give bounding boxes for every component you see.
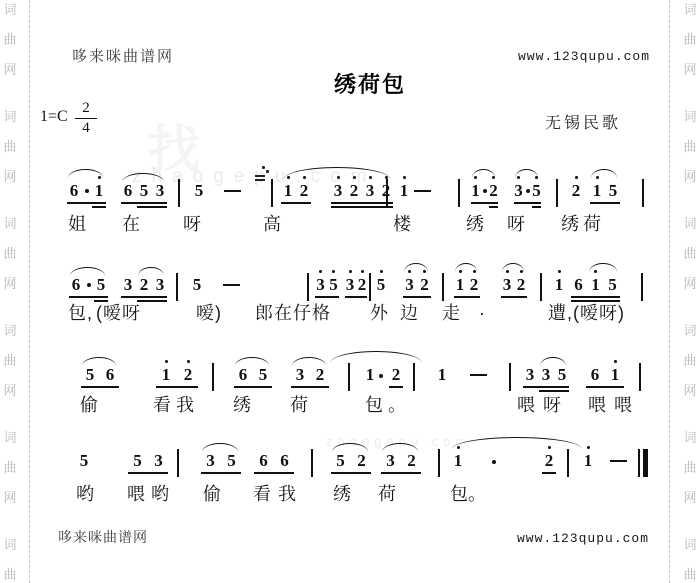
note-digit: 1 <box>155 366 177 384</box>
duration-underline <box>331 202 393 204</box>
duration-underline <box>156 386 198 388</box>
note-digit: 6 <box>233 366 253 384</box>
barline <box>369 273 371 301</box>
duration-underline <box>403 296 431 298</box>
slur-arc <box>235 357 269 366</box>
note-digit: 1 <box>453 276 467 294</box>
octave-dot <box>361 270 364 273</box>
lyric: 荷 <box>290 395 309 415</box>
border-char: 网 <box>682 277 698 290</box>
border-char: 词 <box>2 538 18 551</box>
duration-underline <box>471 202 498 204</box>
dash-extension-note <box>223 284 240 286</box>
barline <box>639 363 641 391</box>
barline <box>438 449 440 477</box>
octave-dot <box>403 176 406 179</box>
lyric: 。 <box>388 395 407 415</box>
note-digit: 5 <box>136 182 152 200</box>
note-digit: 2 <box>568 182 584 200</box>
border-char: 网 <box>2 491 18 504</box>
octave-dot <box>349 270 352 273</box>
border-char: 网 <box>2 384 18 397</box>
lyric: 楼 <box>393 214 412 234</box>
lyric: 喂 <box>517 395 536 415</box>
note-digit: 2 <box>388 366 404 384</box>
note-digit: 5 <box>554 366 570 384</box>
duration-underline <box>67 202 106 204</box>
dot-after-note <box>483 189 487 193</box>
note-digit: 2 <box>310 366 330 384</box>
slur-arc <box>82 357 116 366</box>
lyric: 呀 <box>507 214 526 234</box>
lyric: 看 <box>153 395 172 415</box>
border-char: 网 <box>682 170 698 183</box>
note-digit: 5 <box>327 276 340 294</box>
note-digit: 1 <box>91 182 107 200</box>
dash-extension-note <box>610 460 627 462</box>
lyric: 包 <box>365 395 384 415</box>
border-char: 曲 <box>2 354 18 367</box>
lyric: 绣 <box>466 214 485 234</box>
border-char: 曲 <box>2 140 18 153</box>
duration-underline <box>571 296 620 298</box>
duration-underline <box>291 386 329 388</box>
note-digit: 5 <box>531 182 542 200</box>
note-digit: 5 <box>93 276 109 294</box>
border-char: 词 <box>682 431 698 444</box>
score-area: 61653512323211235215姐在呀高楼绣呀绣荷65323535325… <box>0 0 700 583</box>
note-digit: 2 <box>467 276 481 294</box>
dot-after-note <box>526 189 530 193</box>
lyric: · <box>479 303 486 323</box>
barline <box>176 273 178 301</box>
footer-site-url: www.123qupu.com <box>517 531 649 546</box>
note-digit: 1 <box>434 366 450 384</box>
octave-dot <box>332 270 335 273</box>
octave-dot <box>165 360 168 363</box>
lyric: 郎在 <box>255 303 293 323</box>
barline <box>271 179 273 207</box>
lyric: (嗳呀 <box>96 303 141 323</box>
octave-dot <box>614 360 617 363</box>
duration-underline <box>331 472 371 474</box>
barline <box>212 363 214 391</box>
duration-underline <box>542 472 556 474</box>
duration-underline <box>121 296 167 298</box>
score-line-1: 61653512323211235215姐在呀高楼绣呀绣荷 <box>0 182 700 246</box>
border-char: 网 <box>2 170 18 183</box>
slur-arc <box>472 169 495 178</box>
border-char: 词 <box>2 431 18 444</box>
barline <box>642 179 644 207</box>
duration-underline <box>121 202 167 204</box>
duration-underline <box>254 472 294 474</box>
lyric: 遭,(嗳呀) <box>548 303 625 323</box>
barline <box>177 449 179 477</box>
note-digit: 6 <box>570 276 587 294</box>
slur-arc-long <box>284 167 390 179</box>
grace-notes <box>253 165 271 183</box>
note-digit: 1 <box>605 366 625 384</box>
slur-arc <box>68 169 103 178</box>
octave-dot <box>587 446 590 449</box>
duration-underline <box>539 390 569 392</box>
duration-underline <box>94 300 108 302</box>
octave-dot <box>558 270 561 273</box>
lyric: 边 <box>400 303 419 323</box>
note-digit: 2 <box>351 452 372 470</box>
note-digit: 5 <box>191 182 207 200</box>
note-digit: 2 <box>401 452 422 470</box>
footer-site-name: 哆来咪曲谱网 <box>58 527 148 547</box>
note-digit: 3 <box>513 182 524 200</box>
note-digit: 3 <box>314 276 327 294</box>
duration-underline <box>69 296 108 298</box>
note-digit: 3 <box>500 276 514 294</box>
lyric: 外 <box>370 303 389 323</box>
note-digit: 5 <box>253 366 273 384</box>
border-char: 词 <box>682 217 698 230</box>
border-char: 网 <box>682 491 698 504</box>
barline <box>641 273 643 301</box>
note-digit: 3 <box>380 452 401 470</box>
score-line-2: 653235353253212321615包,(嗳呀嗳)郎在仔格外边走·遭,(嗳… <box>0 276 700 340</box>
lyric: 姐 <box>68 214 87 234</box>
grace-beam <box>255 179 265 181</box>
slur-arc <box>202 443 238 452</box>
border-char: 词 <box>682 110 698 123</box>
lyric: 在 <box>122 214 141 234</box>
barline <box>386 179 388 207</box>
note-digit: 2 <box>177 366 199 384</box>
duration-underline <box>571 300 620 302</box>
slur-arc-long <box>330 351 422 363</box>
note-digit: 1 <box>396 182 412 200</box>
note-digit: 1 <box>587 276 604 294</box>
note-digit: 5 <box>80 366 100 384</box>
octave-dot <box>187 360 190 363</box>
lyric: 。 <box>468 484 487 504</box>
border-char: 词 <box>2 110 18 123</box>
duration-underline <box>92 206 106 208</box>
note-digit: 3 <box>362 182 378 200</box>
border-char: 词 <box>682 538 698 551</box>
note-digit: 6 <box>253 452 274 470</box>
lyric: 喂 <box>588 395 607 415</box>
border-column-left: 词曲网词曲网词曲网词曲网词曲网词曲 <box>2 0 18 583</box>
border-char: 曲 <box>2 461 18 474</box>
score-line-3: 5612653212133561偷看我绣荷包。喂呀喂喂 <box>0 366 700 430</box>
note-digit: 3 <box>148 452 169 470</box>
barline <box>178 179 180 207</box>
note-digit: 5 <box>604 276 621 294</box>
border-char: 曲 <box>682 247 698 260</box>
border-char: 曲 <box>2 568 18 581</box>
duration-underline <box>501 296 527 298</box>
note-digit: 5 <box>189 276 205 294</box>
border-char: 词 <box>682 324 698 337</box>
slur-arc <box>382 443 418 452</box>
border-column-right: 词曲网词曲网词曲网词曲网词曲网词曲 <box>682 0 698 583</box>
duration-underline <box>345 296 367 298</box>
duration-underline <box>532 206 541 208</box>
lyric: 嗳) <box>196 303 222 323</box>
lyric: 包, <box>68 303 93 323</box>
lyric: 偷 <box>203 484 222 504</box>
border-char: 词 <box>2 324 18 337</box>
slur-arc <box>455 263 477 272</box>
note-digit: 6 <box>274 452 295 470</box>
note-digit: 1 <box>470 182 481 200</box>
duration-underline <box>234 386 272 388</box>
note-digit: 5 <box>76 452 92 470</box>
note-digit: 1 <box>589 182 605 200</box>
barline <box>556 179 558 207</box>
slur-arc <box>122 173 164 182</box>
note-digit: 3 <box>200 452 221 470</box>
note-digit: 5 <box>605 182 621 200</box>
final-barline-thick <box>643 449 648 477</box>
lyric: 绣 <box>333 484 352 504</box>
note-digit: 3 <box>152 276 168 294</box>
lyric: 绣 <box>233 395 252 415</box>
note-digit: 1 <box>362 366 378 384</box>
lyric: 高 <box>263 214 282 234</box>
note-digit: 2 <box>346 182 362 200</box>
lyric: 仔格 <box>293 303 331 323</box>
border-char: 曲 <box>682 568 698 581</box>
note-digit: 3 <box>344 276 356 294</box>
border-char: 网 <box>2 277 18 290</box>
barline <box>311 449 313 477</box>
duration-underline <box>201 472 241 474</box>
note-digit: 6 <box>68 276 84 294</box>
lyric: 走 <box>442 303 461 323</box>
note-digit: 2 <box>136 276 152 294</box>
note-digit: 1 <box>551 276 567 294</box>
note-digit: 2 <box>514 276 528 294</box>
note-digit: 1 <box>450 452 466 470</box>
dash-extension-note <box>414 190 431 192</box>
slur-arc <box>138 267 164 276</box>
lyric: 绣 <box>561 214 580 234</box>
sheet-music-page: 哆来咪曲谱网 www.123qupu.com 找 zhaogepu.com zh… <box>0 0 700 583</box>
border-char: 曲 <box>682 33 698 46</box>
slur-arc-long <box>452 437 582 449</box>
lyric: 喂 <box>614 395 633 415</box>
barline <box>458 179 460 207</box>
note-digit: 6 <box>585 366 605 384</box>
barline <box>567 449 569 477</box>
dot-after-note <box>85 189 89 193</box>
note-digit: 2 <box>356 276 368 294</box>
note-digit: 5 <box>221 452 242 470</box>
barline <box>413 363 415 391</box>
note-digit: 2 <box>541 452 557 470</box>
duration-underline <box>586 386 624 388</box>
note-digit: 6 <box>100 366 120 384</box>
lyric: 荷 <box>378 484 397 504</box>
lyric: 看 <box>253 484 272 504</box>
dot-after-note <box>87 283 91 287</box>
lyric: 呀 <box>183 214 202 234</box>
note-digit: 5 <box>373 276 389 294</box>
duration-underline <box>514 202 541 204</box>
note-digit: 1 <box>580 452 596 470</box>
border-char: 词 <box>2 217 18 230</box>
note-digit: 5 <box>330 452 351 470</box>
duration-underline <box>454 296 480 298</box>
note-digit: 2 <box>417 276 432 294</box>
note-digit: 3 <box>402 276 417 294</box>
octave-dot <box>575 176 578 179</box>
note-digit: 2 <box>296 182 312 200</box>
lyric: 荷 <box>583 214 602 234</box>
lyric: 包 <box>450 484 469 504</box>
note-digit: 6 <box>66 182 82 200</box>
lyric: 呀 <box>543 395 562 415</box>
lyric: 哟 <box>151 484 170 504</box>
border-char: 网 <box>2 63 18 76</box>
note-digit: 3 <box>522 366 538 384</box>
barline <box>307 273 309 301</box>
duration-underline <box>381 472 421 474</box>
slur-arc <box>591 169 617 178</box>
duration-underline <box>523 386 569 388</box>
slur-arc <box>589 263 617 272</box>
octave-dot <box>380 270 383 273</box>
duration-underline <box>590 202 620 204</box>
border-char: 曲 <box>682 461 698 474</box>
border-char: 网 <box>682 384 698 397</box>
duration-underline <box>389 386 403 388</box>
note-digit: 5 <box>127 452 148 470</box>
duration-underline <box>128 472 168 474</box>
duration-underline <box>315 296 339 298</box>
slur-arc <box>515 169 538 178</box>
lyric: 哟 <box>76 484 95 504</box>
duration-underline <box>489 206 498 208</box>
border-char: 曲 <box>682 140 698 153</box>
duration-underline <box>137 206 167 208</box>
augmentation-dot <box>379 374 383 378</box>
note-digit: 2 <box>488 182 499 200</box>
note-digit: 3 <box>330 182 346 200</box>
barline <box>442 273 444 301</box>
note-digit: 3 <box>290 366 310 384</box>
grace-beam <box>255 175 265 177</box>
final-barline-thin <box>638 449 640 477</box>
octave-dot <box>319 270 322 273</box>
barline <box>540 273 542 301</box>
barline <box>348 363 350 391</box>
lyric: 喂 <box>127 484 146 504</box>
barline <box>509 363 511 391</box>
score-line-4: 55335665232121哟喂哟偷看我绣荷包。 <box>0 452 700 516</box>
duration-underline <box>81 386 119 388</box>
slur-arc <box>502 263 524 272</box>
slur-arc <box>332 443 368 452</box>
border-char: 词 <box>2 3 18 16</box>
duration-underline <box>331 206 393 208</box>
lyric: 我 <box>278 484 297 504</box>
slur-arc <box>540 357 566 366</box>
border-char: 曲 <box>2 33 18 46</box>
note-digit: 3 <box>120 276 136 294</box>
note-digit: 1 <box>280 182 296 200</box>
lyric: 我 <box>176 395 195 415</box>
note-digit: 3 <box>152 182 168 200</box>
duration-underline <box>137 300 167 302</box>
lyric: 偷 <box>80 395 99 415</box>
note-digit: 3 <box>538 366 554 384</box>
dash-extension-note <box>470 374 487 376</box>
grace-octave-dot <box>262 166 265 169</box>
slur-arc <box>404 263 428 272</box>
slur-arc <box>70 267 105 276</box>
grace-octave-dot <box>266 170 269 173</box>
note-digit: 6 <box>120 182 136 200</box>
border-char: 曲 <box>682 354 698 367</box>
border-char: 曲 <box>2 247 18 260</box>
border-char: 词 <box>682 3 698 16</box>
dash-extension-note <box>224 190 241 192</box>
augmentation-dot <box>492 460 496 464</box>
slur-arc <box>292 357 326 366</box>
border-char: 网 <box>682 63 698 76</box>
duration-underline <box>281 202 311 204</box>
